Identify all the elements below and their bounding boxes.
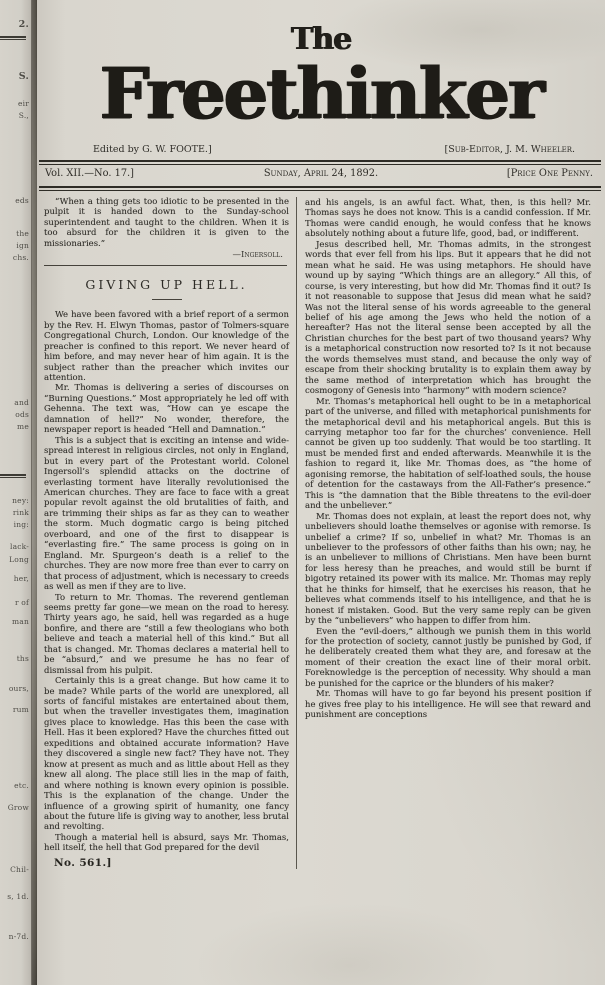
article-paragraph-continuation: and his angels, is an awful fact. What, …	[305, 198, 591, 240]
adjacent-page-text-fragment: rum	[13, 705, 29, 714]
issue-number: No. 561.]	[44, 857, 289, 869]
adjacent-page-text-fragment: ney:	[12, 496, 29, 505]
editor-credit: Edited by G. W. FOOTE.]	[93, 144, 212, 155]
adjacent-page-text-fragment: Chil-	[10, 865, 29, 874]
sub-editor-credit: [Sub-Editor, J. M. Wheeler.	[444, 144, 575, 155]
adjacent-page-text-fragment: ods	[15, 410, 29, 419]
adjacent-page-text-fragment: ours,	[9, 684, 29, 693]
adjacent-page-text-fragment: S.,	[19, 111, 29, 120]
adjacent-page-rule	[0, 36, 26, 40]
article-paragraph: Certainly this is a great change. But ho…	[44, 676, 289, 833]
epigraph: “When a thing gets too idiotic to be pre…	[44, 197, 289, 260]
adjacent-page-text-fragment: eds	[15, 196, 29, 205]
adjacent-page-text-fragment: her,	[14, 574, 29, 583]
adjacent-page-text-fragment: and	[14, 398, 29, 407]
epigraph-attribution: —Ingersoll.	[44, 250, 289, 260]
right-column: and his angels, is an awful fact. What, …	[296, 197, 591, 869]
adjacent-page-text-fragment: lack-	[10, 542, 29, 551]
dateline: Vol. XII.—No. 17.] Sunday, April 24, 189…	[37, 165, 605, 181]
adjacent-page-text-fragment: ing:	[14, 520, 29, 529]
adjacent-page-text-fragment: S.	[19, 72, 29, 81]
adjacent-page-text-fragment: man	[12, 617, 29, 626]
adjacent-page-text-fragment: ths	[17, 654, 29, 663]
article-columns: “When a thing gets too idiotic to be pre…	[37, 191, 605, 869]
adjacent-page-text-fragment: me	[17, 422, 29, 431]
adjacent-page-text-fragment: n-7d.	[9, 932, 29, 941]
editor-line: Edited by G. W. FOOTE.] [Sub-Editor, J. …	[37, 144, 605, 155]
article-paragraph: Though a material hell is absurd, says M…	[44, 833, 289, 854]
scanned-newspaper-page: 2. S. eir S., eds the ign chs. and ods m…	[0, 0, 605, 985]
adjacent-page-text-fragment: the	[16, 229, 29, 238]
article-paragraph: Mr. Thomas will have to go far beyond hi…	[305, 689, 591, 720]
adjacent-page-text-fragment: rink	[13, 508, 29, 517]
adjacent-page-rule	[0, 474, 26, 478]
article-paragraph: To return to Mr. Thomas. The reverend ge…	[44, 593, 289, 677]
article-headline: GIVING UP HELL.	[44, 277, 289, 292]
masthead-title: Freethinker	[37, 56, 605, 132]
left-column: “When a thing gets too idiotic to be pre…	[44, 197, 296, 869]
article-paragraph: Jesus described hell, Mr. Thomas admits,…	[305, 240, 591, 397]
headline-rule	[152, 299, 182, 300]
adjacent-page-text-fragment: ign	[16, 241, 29, 250]
article-paragraph: Even the “evil-doers,” although we punis…	[305, 627, 591, 690]
adjacent-page-text-fragment: etc.	[14, 781, 29, 790]
adjacent-page-text-fragment: Grow	[8, 803, 29, 812]
adjacent-page-text-fragment: 2.	[19, 20, 29, 29]
adjacent-page-text-fragment: eir	[18, 99, 29, 108]
article-paragraph: Mr. Thomas does not explain, at least th…	[305, 512, 591, 627]
epigraph-text: “When a thing gets too idiotic to be pre…	[44, 197, 289, 249]
article-paragraph: Mr. Thomas is delivering a series of dis…	[44, 383, 289, 435]
adjacent-page-text-fragment: Long	[9, 555, 29, 564]
epigraph-divider-rule	[44, 265, 287, 266]
article-paragraph: Mr. Thomas’s metaphorical hell ought to …	[305, 397, 591, 512]
adjacent-page-text-fragment: s, 1d.	[7, 892, 29, 901]
issue-date: Sunday, April 24, 1892.	[37, 168, 605, 179]
article-paragraph: We have been favored with a brief report…	[44, 310, 289, 383]
adjacent-page-text-fragment: r of	[15, 598, 29, 607]
adjacent-page-text-fragment: chs.	[13, 253, 29, 262]
newspaper-front-page: The Freethinker Edited by G. W. FOOTE.] …	[37, 0, 605, 985]
masthead: The Freethinker Edited by G. W. FOOTE.] …	[37, 24, 605, 191]
article-paragraph: This is a subject that is exciting an in…	[44, 436, 289, 593]
